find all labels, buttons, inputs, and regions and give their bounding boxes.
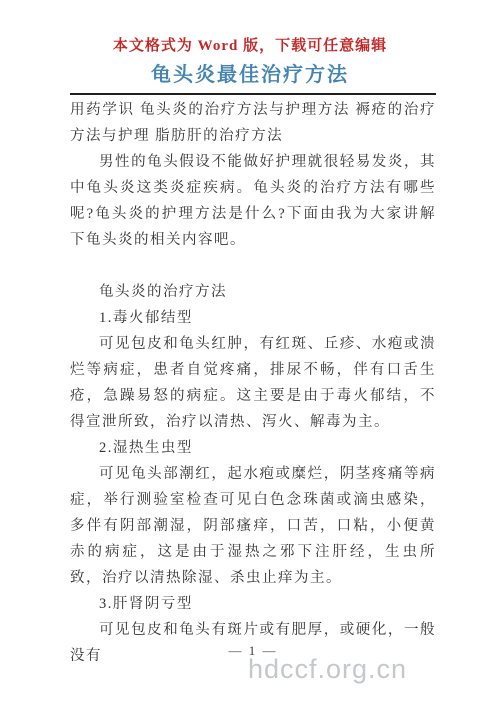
paragraph: 2.湿热生虫型	[70, 435, 436, 461]
paragraph-spacer	[70, 253, 436, 279]
paragraph: 可见包皮和龟头红肿，有红斑、丘疹、水疱或溃烂等病症，患者自觉疼痛，排尿不畅，伴有…	[70, 331, 436, 435]
page-title: 龟头炎最佳治疗方法	[0, 62, 500, 88]
document-page: 本文格式为 Word 版，下载可任意编辑 龟头炎最佳治疗方法 用药学识 龟头炎的…	[0, 0, 500, 707]
paragraph: 龟头炎的治疗方法	[70, 279, 436, 305]
site-watermark: hdccf.org.cn	[248, 654, 407, 685]
word-format-notice: 本文格式为 Word 版，下载可任意编辑	[0, 36, 500, 56]
document-body: 用药学识 龟头炎的治疗方法与护理方法 褥疮的治疗方法与护理 脂肪肝的治疗方法男性…	[70, 97, 436, 669]
paragraph: 1.毒火郁结型	[70, 305, 436, 331]
title-divider	[70, 93, 436, 95]
paragraph: 可见龟头部潮红，起水疱或糜烂，阴茎疼痛等病症，举行测验室检查可见白色念珠菌或滴虫…	[70, 461, 436, 591]
paragraph: 男性的龟头假设不能做好护理就很轻易发炎，其中龟头炎这类炎症疾病。龟头炎的治疗方法…	[70, 149, 436, 253]
paragraph: 用药学识 龟头炎的治疗方法与护理方法 褥疮的治疗方法与护理 脂肪肝的治疗方法	[70, 97, 436, 149]
paragraph: 3.肝肾阴亏型	[70, 591, 436, 617]
